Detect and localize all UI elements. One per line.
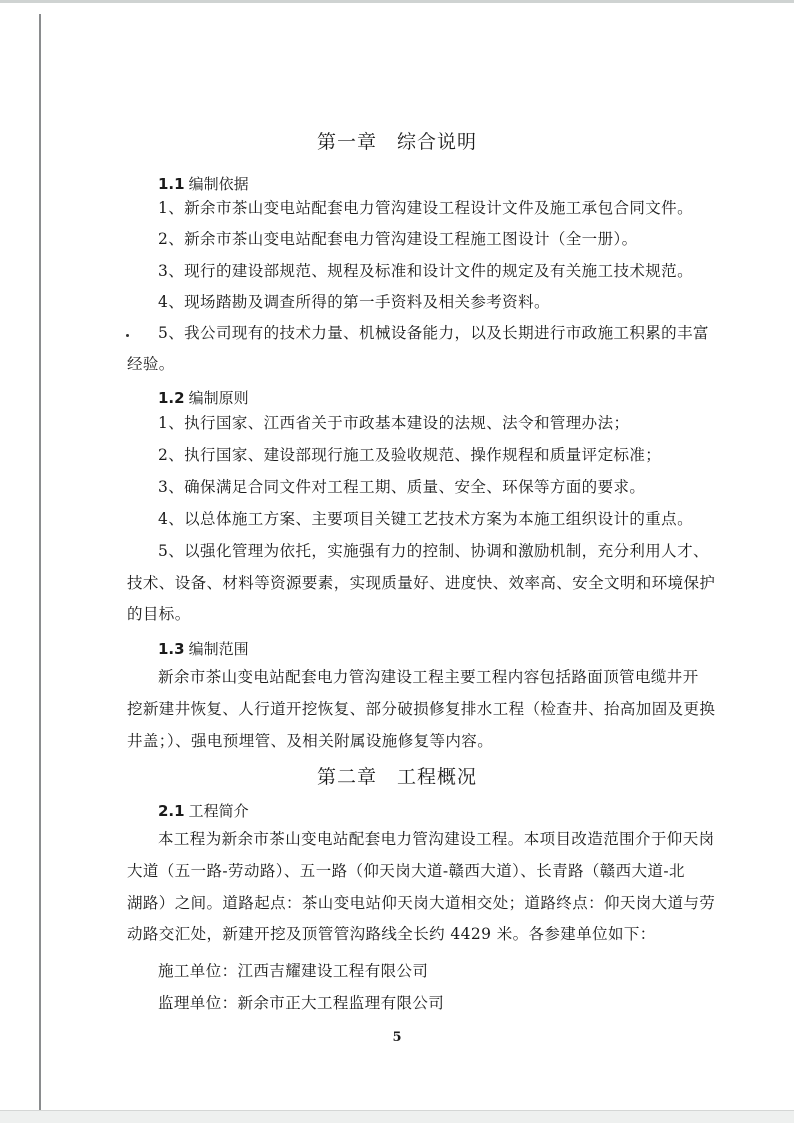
list-item: 1、执行国家、江西省关于市政基本建设的法规、法令和管理办法； <box>158 413 629 433</box>
section-title: 编制范围 <box>189 640 249 658</box>
section-title: 编制原则 <box>189 389 249 407</box>
list-item-continuation: 的目标。 <box>127 604 191 624</box>
paragraph-line: 本工程为新余市茶山变电站配套电力管沟建设工程。本项目改造范围介于仰天岗 <box>158 829 715 849</box>
paragraph-line: 动路交汇处，新建开挖及顶管管沟路线全长约 4429 米。各参建单位如下： <box>127 924 656 944</box>
list-item: 2、执行国家、建设部现行施工及验收规范、操作规程和质量评定标准； <box>158 445 661 465</box>
paragraph-line: 新余市茶山变电站配套电力管沟建设工程主要工程内容包括路面顶管电缆井开 <box>158 667 699 687</box>
list-item: 5、我公司现有的技术力量、机械设备能力，以及长期进行市政施工积累的丰富 <box>158 323 709 343</box>
list-item: 2、新余市茶山变电站配套电力管沟建设工程施工图设计（全一册）。 <box>158 229 638 249</box>
chapter-2-title: 第二章 工程概况 <box>0 765 794 789</box>
chapter-1-title: 第一章 综合说明 <box>0 130 794 154</box>
construction-unit: 施工单位：江西吉耀建设工程有限公司 <box>158 961 428 981</box>
list-item: 4、现场踏勘及调查所得的第一手资料及相关参考资料。 <box>158 292 550 312</box>
list-item: 4、以总体施工方案、主要项目关键工艺技术方案为本施工组织设计的重点。 <box>158 509 693 529</box>
section-number: 1.1 <box>158 175 185 193</box>
section-1-2-heading: 1.2编制原则 <box>158 388 249 408</box>
list-item-continuation: 经验。 <box>127 354 175 374</box>
section-1-3-heading: 1.3编制范围 <box>158 639 249 659</box>
list-item-continuation: 技术、设备、材料等资源要素，实现质量好、进度快、效率高、安全文明和环境保护 <box>127 573 715 593</box>
binding-margin-line <box>39 14 41 1111</box>
list-item: 1、新余市茶山变电站配套电力管沟建设工程设计文件及施工承包合同文件。 <box>158 198 693 218</box>
section-title: 工程简介 <box>189 802 249 820</box>
paragraph-line: 井盖；）、强电预埋管、及相关附属设施修复等内容。 <box>127 731 493 751</box>
page-number: 5 <box>0 1030 794 1045</box>
section-title: 编制依据 <box>189 175 249 193</box>
paragraph-line: 大道（五一路-劳动路）、五一路（仰天岗大道-赣西大道）、长青路（赣西大道-北 <box>127 861 685 881</box>
list-item: 3、确保满足合同文件对工程工期、质量、安全、环保等方面的要求。 <box>158 477 645 497</box>
scan-bottom-edge <box>0 1110 794 1123</box>
list-item: 5、以强化管理为依托，实施强有力的控制、协调和激励机制，充分利用人才、 <box>158 541 709 561</box>
paragraph-line: 挖新建井恢复、人行道开挖恢复、部分破损修复排水工程（检查井、抬高加固及更换 <box>127 699 715 719</box>
section-number: 1.3 <box>158 640 185 658</box>
section-1-1-heading: 1.1编制依据 <box>158 174 249 194</box>
supervision-unit: 监理单位：新余市正大工程监理有限公司 <box>158 993 444 1013</box>
section-number: 1.2 <box>158 389 185 407</box>
scan-speck <box>126 334 129 337</box>
section-2-1-heading: 2.1工程简介 <box>158 801 249 821</box>
paragraph-line: 湖路）之间。道路起点：茶山变电站仰天岗大道相交处；道路终点：仰天岗大道与劳 <box>127 893 715 913</box>
section-number: 2.1 <box>158 802 185 820</box>
scan-top-edge <box>0 0 794 3</box>
list-item: 3、现行的建设部规范、规程及标准和设计文件的规定及有关施工技术规范。 <box>158 261 693 281</box>
